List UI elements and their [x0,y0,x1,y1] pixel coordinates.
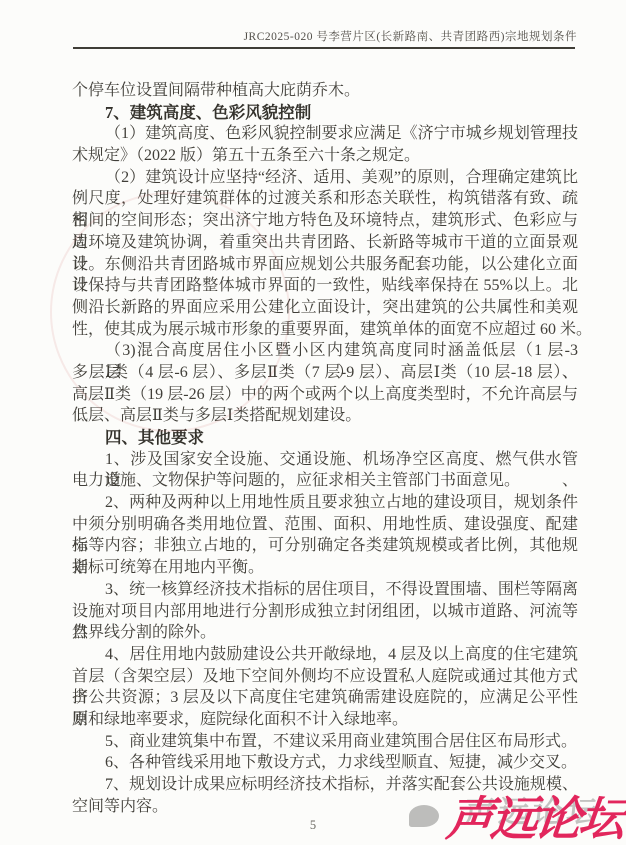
document-line: 术规定》（2022 版）第五十五条至六十条之规定。 [72,145,578,167]
document-line: 高层Ⅱ类（19 层-26 层）中的两个或两个以上高度类型时，不允许高层与 [72,384,578,406]
document-line: 计保持与共青团路整体城市界面的一致性，贴线率保持在 55%以上。北 [72,275,578,297]
document-line: 性，使其成为展示城市形象的重要界面，建筑单体的面宽不应超过 60 米。 [72,319,578,341]
document-page: JRC2025-020 号李营片区(长新路南、共青团路西)宗地规划条件 个停车位… [0,0,626,845]
document-line: 首层（含架空层）及地下空间外侧均不应设置私人庭院或通过其他方式挤 [72,666,578,688]
document-line: 低层、高层Ⅱ类与多层Ⅰ类搭配规划建设。 [72,405,578,427]
document-line: 空间等内容。 [72,796,578,818]
document-line: 2、两种及两种以上用地性质且要求独立占地的建设项目，规划条件 [72,492,578,514]
page-number: 5 [0,818,626,833]
document-line: 电力设施、文物保护等问题的，应征求相关主管部门书面意见。 [72,470,578,492]
document-line: 侧沿长新路的界面应采用公建化立面设计，突出建筑的公共属性和美观 [72,297,578,319]
document-line: 相间的空间形态；突出济宁地方特色及环境特点，建筑形式、色彩应与周 [72,210,578,232]
document-line: 计。东侧沿共青团路城市界面应规划公共服务配套功能，以公建化立面设 [72,254,578,276]
document-line: 设施对项目内部用地进行分割形成独立封闭组团，以城市道路、河流等自 [72,601,578,623]
document-line: 4、居住用地内鼓励建设公共开敞绿地，4 层及以上高度的住宅建筑 [72,644,578,666]
document-line: 5、商业建筑集中布置，不建议采用商业建筑围合居住区布局形式。 [72,731,578,753]
document-line: 多层Ⅰ类（4 层-6 层）、多层Ⅱ类（7 层-9 层）、高层Ⅰ类（10 层-18… [72,362,578,384]
document-line: 例尺度，处理好建筑群体的过渡关系和形态关联性，构筑错落有致、疏密 [72,188,578,210]
document-line: 四、其他要求 [72,427,578,449]
header-divider [73,47,575,49]
document-line: 1、涉及国家安全设施、交通设施、机场净空区高度、燃气供水管道、 [72,449,578,471]
document-line: 边环境及建筑协调，着重突出共青团路、长新路等城市干道的立面景观设 [72,232,578,254]
document-line: 指标可统筹在用地内平衡。 [72,557,578,579]
document-line: 标等内容；非独立占地的，可分别确定各类建筑规模或者比例，其他规划 [72,535,578,557]
document-body: 个停车位设置间隔带种植高大庇荫乔木。7、建筑高度、色彩风貌控制（1）建筑高度、色… [72,80,578,817]
document-line: 占公共资源；3 层及以下高度住宅建筑确需建设庭院的，应满足公平性原 [72,687,578,709]
header-title: JRC2025-020 号李营片区(长新路南、共青团路西)宗地规划条件 [244,28,577,44]
document-line: （2）建筑设计应坚持“经济、适用、美观”的原则，合理确定建筑比 [72,167,578,189]
document-line: 个停车位设置间隔带种植高大庇荫乔木。 [72,80,578,102]
document-line: 中须分别明确各类用地位置、范围、面积、用地性质、建设强度、配建指 [72,514,578,536]
document-line: 然界线分割的除外。 [72,622,578,644]
document-line: 则和绿地率要求，庭院绿化面积不计入绿地率。 [72,709,578,731]
document-line: 3、统一核算经济技术指标的居住项目，不得设置围墙、围栏等隔离 [72,579,578,601]
document-line: （3)混合高度居住小区暨小区内建筑高度同时涵盖低层（1 层-3 层）、 [72,340,578,362]
document-line: 6、各种管线采用地下敷设方式，力求线型顺直、短捷，减少交叉。 [72,752,578,774]
document-line: （1）建筑高度、色彩风貌控制要求应满足《济宁市城乡规划管理技 [72,123,578,145]
document-line: 7、建筑高度、色彩风貌控制 [72,102,578,124]
document-line: 7、规划设计成果应标明经济技术指标，并落实配套公共设施规模、 [72,774,578,796]
